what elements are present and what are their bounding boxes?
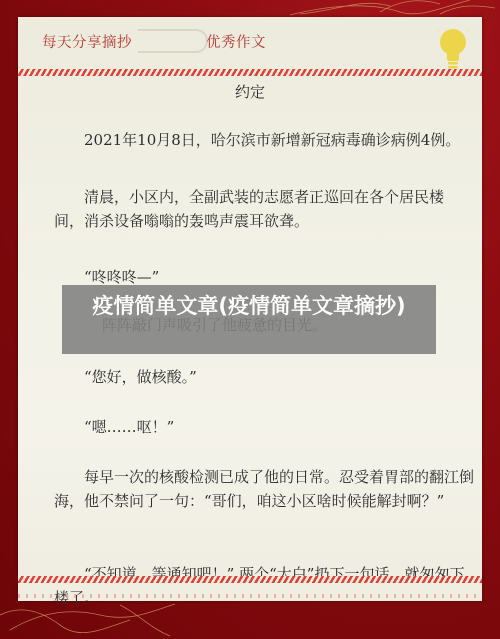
paragraph-8: “不知道，等通知吧！” 两个“大白”扔下一句话，就匆匆下楼了。 [54, 562, 474, 610]
paragraph-5: “您好，做核酸。” [54, 365, 474, 389]
caption-text: 疫情简单文章(疫情简单文章摘抄) [92, 294, 405, 318]
paragraph-7: 每早一次的核酸检测已成了他的日常。忍受着胃部的翻江倒海，他不禁问了一句：“哥们，… [54, 465, 484, 513]
header-left-label: 每天分享摘抄 [42, 31, 132, 52]
triangle-border-decoration [18, 594, 482, 598]
caption-overlay: 疫情简单文章(疫情简单文章摘抄) [62, 285, 436, 354]
paragraph-1: 2021年10月8日，哈尔滨市新增新冠病毒确诊病例4例。 [54, 128, 474, 152]
paragraph-6: “嗯……呕！” [54, 415, 474, 439]
striped-divider-top [18, 69, 482, 76]
scroll-curve-decoration [138, 29, 208, 53]
paper-header: 每天分享摘抄 优秀作文 [18, 17, 482, 69]
striped-divider-bottom [18, 576, 482, 583]
document-title: 约定 [18, 81, 482, 102]
lightbulb-icon [436, 27, 470, 73]
paragraph-2: 清晨，小区内，全副武装的志愿者正巡回在各个居民楼间，消杀设备嗡嗡的轰鸣声震耳欲聋… [54, 185, 468, 233]
header-right-label: 优秀作文 [206, 31, 266, 52]
